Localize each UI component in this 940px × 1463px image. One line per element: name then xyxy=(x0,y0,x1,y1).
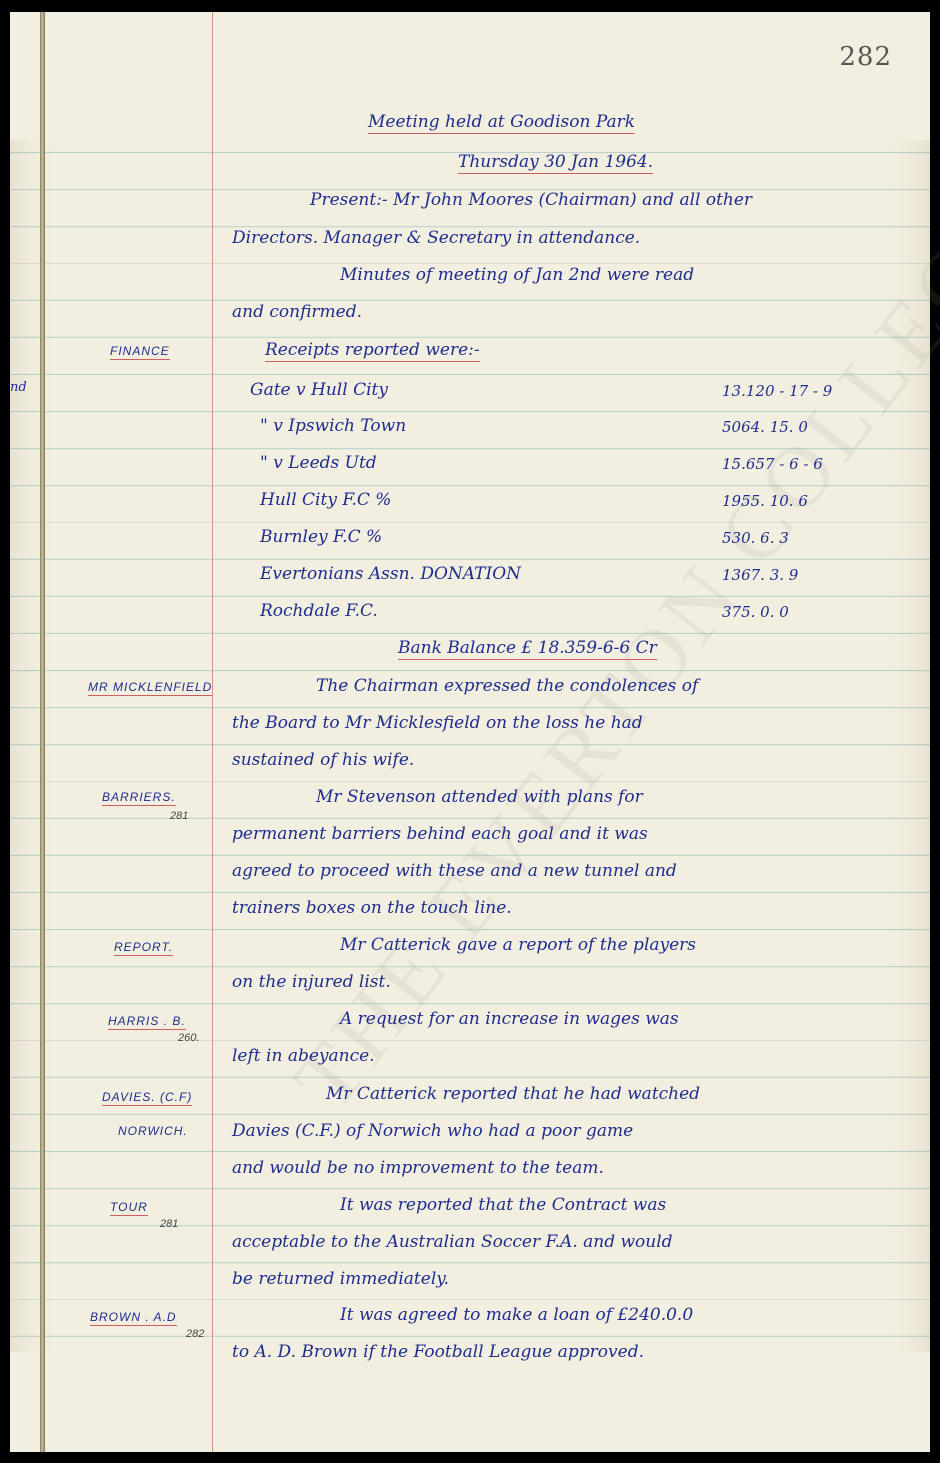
section-line: sustained of his wife. xyxy=(232,750,414,770)
section-line: trainers boxes on the touch line. xyxy=(232,898,512,918)
page-reference: 282 xyxy=(186,1328,204,1340)
side-label-brown: BROWN . A.D xyxy=(90,1310,177,1326)
section-line: to A. D. Brown if the Football League ap… xyxy=(232,1342,644,1362)
section-line: Mr Stevenson attended with plans for xyxy=(316,787,643,807)
section-line: It was reported that the Contract was xyxy=(340,1195,666,1215)
side-label-finance: FINANCE xyxy=(110,344,170,360)
page-number: 282 xyxy=(839,42,892,72)
side-label-norwich: NORWICH. xyxy=(118,1124,188,1138)
section-line: Mr Catterick gave a report of the player… xyxy=(340,935,696,955)
page-bottom-margin xyxy=(10,1352,930,1452)
page-reference: 260. xyxy=(178,1032,199,1044)
receipt-amount: 15.657 - 6 - 6 xyxy=(722,455,823,473)
receipt-item: " v Leeds Utd xyxy=(260,453,377,473)
side-label-harris: HARRIS . B. xyxy=(108,1014,186,1030)
section-line: The Chairman expressed the condolences o… xyxy=(316,676,698,696)
receipt-item: Burnley F.C % xyxy=(260,527,382,547)
section-line: agreed to proceed with these and a new t… xyxy=(232,861,677,881)
bank-balance: Bank Balance £ 18.359-6-6 Cr xyxy=(398,638,657,660)
present-line: Present:- Mr John Moores (Chairman) and … xyxy=(310,190,752,210)
receipt-item: Gate v Hull City xyxy=(250,380,388,400)
side-label-report: REPORT. xyxy=(114,940,173,956)
section-line: on the injured list. xyxy=(232,972,391,992)
receipt-amount: 5064. 15. 0 xyxy=(722,418,808,436)
present-line-cont: Directors. Manager & Secretary in attend… xyxy=(232,228,640,248)
meeting-location: Meeting held at Goodison Park xyxy=(368,112,635,134)
minutes-line: Minutes of meeting of Jan 2nd were read xyxy=(340,265,694,285)
receipt-amount: 530. 6. 3 xyxy=(722,529,789,547)
section-line: left in abeyance. xyxy=(232,1046,375,1066)
section-line: and would be no improvement to the team. xyxy=(232,1158,604,1178)
red-margin-line xyxy=(212,12,213,1452)
margin-fragment: nd xyxy=(10,380,27,395)
receipt-item: Hull City F.C % xyxy=(260,490,391,510)
binding-gutter xyxy=(40,12,45,1452)
receipt-amount: 375. 0. 0 xyxy=(722,603,789,621)
side-label-micklenfield: MR MICKLENFIELD xyxy=(88,680,212,696)
receipt-item: Rochdale F.C. xyxy=(260,601,378,621)
section-line: permanent barriers behind each goal and … xyxy=(232,824,648,844)
page-reference: 281 xyxy=(170,810,188,822)
receipt-amount: 1367. 3. 9 xyxy=(722,566,798,584)
receipts-intro: Receipts reported were:- xyxy=(265,340,480,362)
receipt-item: Evertonians Assn. DONATION xyxy=(260,564,521,584)
section-line: the Board to Mr Micklesfield on the loss… xyxy=(232,713,643,733)
section-line: It was agreed to make a loan of £240.0.0 xyxy=(340,1305,693,1325)
receipt-amount: 13.120 - 17 - 9 xyxy=(722,382,832,400)
section-line: acceptable to the Australian Soccer F.A.… xyxy=(232,1232,673,1252)
receipt-amount: 1955. 10. 6 xyxy=(722,492,808,510)
section-line: Davies (C.F.) of Norwich who had a poor … xyxy=(232,1121,633,1141)
meeting-date: Thursday 30 Jan 1964. xyxy=(458,152,653,174)
section-line: Mr Catterick reported that he had watche… xyxy=(326,1084,700,1104)
section-line: A request for an increase in wages was xyxy=(340,1009,679,1029)
page-reference: 281 xyxy=(160,1218,178,1230)
receipt-item: " v Ipswich Town xyxy=(260,416,406,436)
side-label-davies: DAVIES. (C.F) xyxy=(102,1090,192,1106)
minutes-line-cont: and confirmed. xyxy=(232,302,362,322)
side-label-barriers: BARRIERS. xyxy=(102,790,176,806)
side-label-tour: TOUR xyxy=(110,1200,148,1216)
minute-book-page: THE EVERTON COLLECTION CHARITABLE TRUST … xyxy=(10,12,930,1452)
section-line: be returned immediately. xyxy=(232,1269,449,1289)
